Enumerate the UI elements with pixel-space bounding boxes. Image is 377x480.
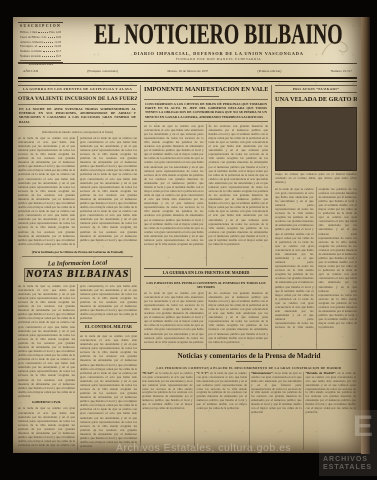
- archive-watermark-text: Archivos Estatales, cultura.gob.es: [116, 442, 291, 454]
- dateline-date: Martes, 16 de febrero de 1937: [167, 69, 208, 73]
- center-deck: CONCURRIERON A LOS CIENTOS DE MILES DE P…: [144, 99, 268, 122]
- dateline-left-note: (Franqueo concertado): [87, 69, 118, 73]
- center-headline: IMPONENTE MANIFESTACION EN VALENCIA: [144, 86, 268, 93]
- dateline: AÑO LXII (Franqueo concertado) Martes, 1…: [13, 64, 362, 76]
- prensa-paragraph: “El Sol”: en la tarde de ayer se celebro…: [142, 372, 193, 411]
- upper-stories-row: IMPONENTE MANIFESTACION EN VALENCIA CONC…: [141, 85, 357, 349]
- right-body-text: en la tarde de ayer se celebro con gran …: [275, 187, 357, 349]
- newspaper-page: SUSCRIPCION Bilbao, 1 mesPtas. 4,00 Fuer…: [13, 17, 362, 453]
- subscription-title: SUSCRIPCION: [20, 24, 61, 29]
- archive-logo-label: ARCHIVOS ESTATALES: [323, 456, 372, 472]
- archive-logo-glyph: E: [353, 412, 373, 442]
- notas-bilbainas-banner: NOTAS BILBAINAS: [24, 268, 131, 282]
- subscription-rates-box: SUSCRIPCION Bilbao, 1 mesPtas. 4,00 Fuer…: [18, 22, 63, 63]
- masthead: SUSCRIPCION Bilbao, 1 mesPtas. 4,00 Fuer…: [13, 17, 362, 63]
- book-spine-edge: [361, 17, 370, 454]
- left-headline: OTRA VALIENTE INCURSION DE LAS FUERZAS L…: [18, 96, 137, 102]
- prensa-paragraph: “Informaciones”: en la tarde de ayer se …: [251, 372, 302, 415]
- right-column: PRO AVION “EUZKADI” UNA VELADA DE GRATO …: [272, 85, 357, 349]
- ornament-rule: [193, 96, 219, 97]
- prensa-deck: LOS PERIODICOS COMENTAN A PLACER EL DESC…: [150, 366, 348, 370]
- right-headline: UNA VELADA DE GRATO RECUERDO: [275, 96, 357, 103]
- center-column: IMPONENTE MANIFESTACION EN VALENCIA CONC…: [141, 85, 272, 349]
- ornament-rule: [236, 361, 262, 362]
- masthead-center: EL NOTICIERO BILBAINO DIARIO IMPARCIAL, …: [67, 22, 362, 63]
- prensa-title: Noticias y comentarios de la Prensa de M…: [142, 352, 356, 360]
- page-columns: LA GUERRA EN LOS FRENTES DE GUIPUZCOA Y …: [13, 82, 362, 450]
- official-note: (Parte facilitado por la Oficina de Pren…: [22, 250, 133, 257]
- right-kicker: PRO AVION “EUZKADI”: [275, 85, 357, 93]
- right-two-thirds: IMPONENTE MANIFESTACION EN VALENCIA CONC…: [141, 85, 357, 450]
- pen-mark: [320, 37, 354, 59]
- subhead-control-militar: EL CONTROL MILITAR: [80, 322, 137, 332]
- dateline-number: Numero 19.317: [331, 69, 352, 73]
- left-byline: (Informacion de nuestro redactor-corresp…: [18, 130, 137, 134]
- local-section-script: La Informacion Local: [18, 259, 137, 268]
- subscription-footer: TELEFONO 9312: [20, 60, 61, 67]
- paper-subtitle: DIARIO IMPARCIAL, DEFENSOR DE LA UNION V…: [67, 51, 362, 56]
- left-body-text: en la tarde de ayer se celebro con gran …: [18, 136, 137, 248]
- center-body-text: en la tarde de ayer se celebro con gran …: [144, 124, 268, 266]
- left-column: LA GUERRA EN LOS FRENTES DE GUIPUZCOA Y …: [18, 85, 141, 450]
- local-body-text: en la tarde de ayer se celebro con gran …: [18, 284, 137, 450]
- prensa-paragraph: “Heraldo de Madrid”: en la tarde de ayer…: [306, 372, 357, 415]
- subhead-gobierno-civil: GOBIERNO CIVIL: [18, 400, 75, 404]
- photo-caption: Grupo de artistas que tomaron parte en e…: [275, 173, 357, 185]
- center-subhead-2: LOS EJERCITOS DEL PUEBLO CONTIENEN AL EN…: [144, 281, 268, 289]
- left-kicker: LA GUERRA EN LOS FRENTES DE GUIPUZCOA Y …: [18, 85, 137, 93]
- founder-line: FUNDADO POR DON MANUEL ECHEVARRIA: [67, 57, 362, 61]
- dateline-right-note: (Primera edicion): [258, 69, 282, 73]
- center-subhead: LA GUERRA EN LOS FRENTES DE MADRID: [144, 268, 268, 277]
- archive-watermark-logo: E ARCHIVOS ESTATALES: [319, 410, 377, 476]
- prensa-paragraph: “C N T”: en la tarde de ayer se celebro …: [197, 372, 248, 411]
- paper-title: EL NOTICIERO BILBAINO: [95, 21, 343, 49]
- scanned-newspaper-screenshot: SUSCRIPCION Bilbao, 1 mesPtas. 4,00 Fuer…: [0, 0, 377, 480]
- group-photo: [275, 107, 357, 171]
- left-deck: EN LA NOCHE DE AYER NUESTRAS TROPAS SORP…: [18, 104, 137, 127]
- center-body-text-2: en la tarde de ayer se celebro con gran …: [144, 291, 268, 349]
- dateline-year: AÑO LXII: [23, 69, 38, 73]
- subscription-row: Numero atrasado0,25: [20, 54, 61, 59]
